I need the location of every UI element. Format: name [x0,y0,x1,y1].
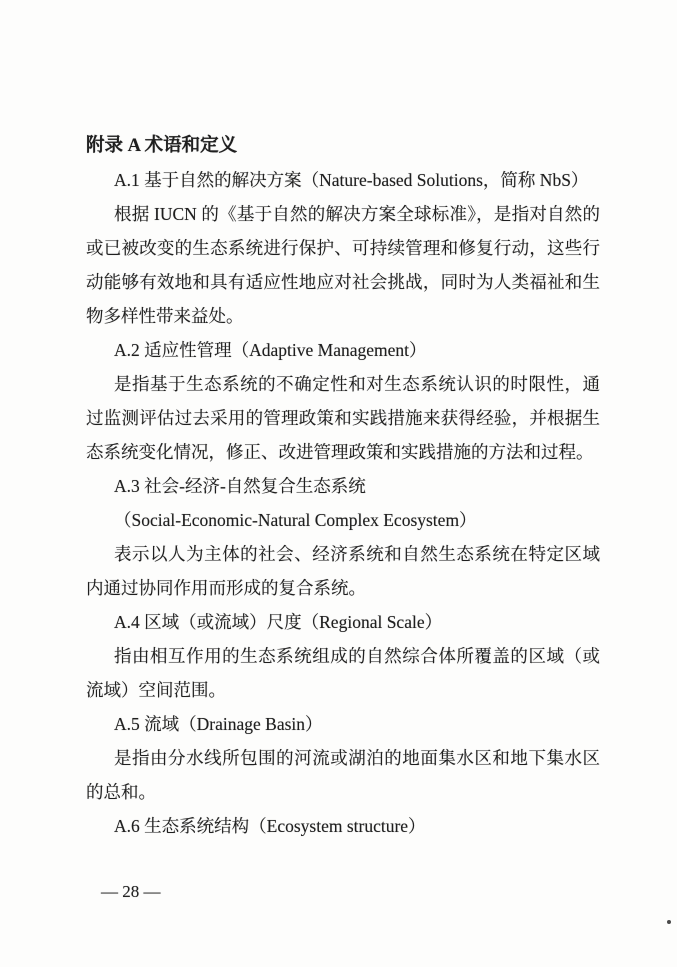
appendix-heading: 附录 A 术语和定义 [86,129,600,163]
term-heading-a6: A.6 生态系统结构（Ecosystem structure） [86,809,600,843]
term-section-a1: A.1 基于自然的解决方案（Nature-based Solutions，简称 … [86,163,600,333]
term-section-a4: A.4 区域（或流域）尺度（Regional Scale） 指由相互作用的生态系… [86,605,600,707]
term-heading-a5: A.5 流域（Drainage Basin） [86,707,600,741]
term-definition-a2: 是指基于生态系统的不确定性和对生态系统认识的时限性，通过监测评估过去采用的管理政… [86,367,600,469]
term-definition-a4: 指由相互作用的生态系统组成的自然综合体所覆盖的区域（或流域）空间范围。 [86,639,600,707]
appendix-content: 附录 A 术语和定义 A.1 基于自然的解决方案（Nature-based So… [86,129,600,843]
term-section-a5: A.5 流域（Drainage Basin） 是指由分水线所包围的河流或湖泊的地… [86,707,600,809]
term-section-a2: A.2 适应性管理（Adaptive Management） 是指基于生态系统的… [86,333,600,469]
document-page: 附录 A 术语和定义 A.1 基于自然的解决方案（Nature-based So… [0,0,677,967]
term-definition-a3: 表示以人为主体的社会、经济系统和自然生态系统在特定区域内通过协同作用而形成的复合… [86,537,600,605]
term-definition-a5: 是指由分水线所包围的河流或湖泊的地面集水区和地下集水区的总和。 [86,741,600,809]
term-definition-a1: 根据 IUCN 的《基于自然的解决方案全球标准》，是指对自然的或已被改变的生态系… [86,197,600,333]
term-heading-a2: A.2 适应性管理（Adaptive Management） [86,333,600,367]
term-section-a3: A.3 社会-经济-自然复合生态系统 （Social-Economic-Natu… [86,469,600,605]
term-heading-a3-english: （Social-Economic-Natural Complex Ecosyst… [86,503,600,537]
term-heading-a4: A.4 区域（或流域）尺度（Regional Scale） [86,605,600,639]
term-heading-a3: A.3 社会-经济-自然复合生态系统 [86,469,600,503]
term-heading-a1: A.1 基于自然的解决方案（Nature-based Solutions，简称 … [86,163,600,197]
page-number: — 28 — [101,875,161,909]
term-section-a6: A.6 生态系统结构（Ecosystem structure） [86,809,600,843]
scan-artifact-dot [667,920,671,924]
